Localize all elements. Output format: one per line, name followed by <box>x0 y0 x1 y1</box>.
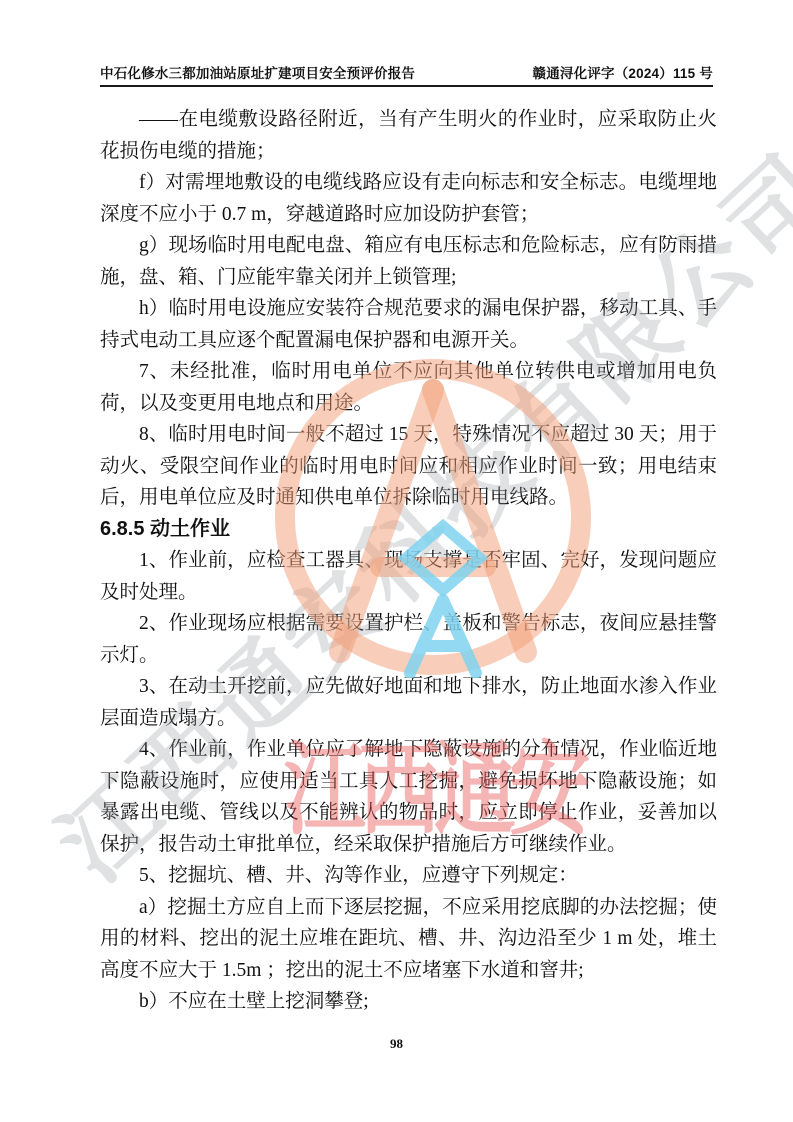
document-body: ——在电缆敷设路径附近，当有产生明火的作业时，应采取防止火花损伤电缆的措施；f）… <box>100 104 717 1018</box>
header-document-number: 赣通浔化评字（2024）115 号 <box>533 62 713 82</box>
paragraph: 4、作业前，作业单位应了解地下隐蔽设施的分布情况，作业临近地下隐蔽设施时，应使用… <box>100 734 717 860</box>
section-heading: 6.8.5 动土作业 <box>100 514 717 546</box>
paragraph: 3、在动土开挖前，应先做好地面和地下排水，防止地面水渗入作业层面造成塌方。 <box>100 671 717 734</box>
paragraph: 8、临时用电时间一般不超过 15 天，特殊情况不应超过 30 天；用于动火、受限… <box>100 419 717 514</box>
paragraph: ——在电缆敷设路径附近，当有产生明火的作业时，应采取防止火花损伤电缆的措施； <box>100 104 717 167</box>
paragraph: 5、挖掘坑、槽、井、沟等作业，应遵守下列规定： <box>100 860 717 892</box>
page-number: 98 <box>0 1036 793 1052</box>
header-report-title: 中石化修水三都加油站原址扩建项目安全预评价报告 <box>100 62 415 82</box>
paragraph: b）不应在土壁上挖洞攀登; <box>100 986 717 1018</box>
page-header: 中石化修水三都加油站原址扩建项目安全预评价报告 赣通浔化评字（2024）115 … <box>100 62 713 87</box>
paragraph: 1、作业前，应检查工器具、现场支撑是否牢固、完好，发现问题应及时处理。 <box>100 545 717 608</box>
paragraph: h）临时用电设施应安装符合规范要求的漏电保护器，移动工具、手持式电动工具应逐个配… <box>100 293 717 356</box>
paragraph: a）挖掘土方应自上而下逐层挖掘，不应采用挖底脚的办法挖掘；使用的材料、挖出的泥土… <box>100 892 717 987</box>
paragraph: 7、未经批准，临时用电单位不应向其他单位转供电或增加用电负荷，以及变更用电地点和… <box>100 356 717 419</box>
paragraph: 2、作业现场应根据需要设置护栏、盖板和警告标志，夜间应悬挂警示灯。 <box>100 608 717 671</box>
document-page: 中石化修水三都加油站原址扩建项目安全预评价报告 赣通浔化评字（2024）115 … <box>0 0 793 1122</box>
paragraph: g）现场临时用电配电盘、箱应有电压标志和危险标志，应有防雨措施，盘、箱、门应能牢… <box>100 230 717 293</box>
paragraph: f）对需埋地敷设的电缆线路应设有走向标志和安全标志。电缆埋地深度不应小于 0.7… <box>100 167 717 230</box>
